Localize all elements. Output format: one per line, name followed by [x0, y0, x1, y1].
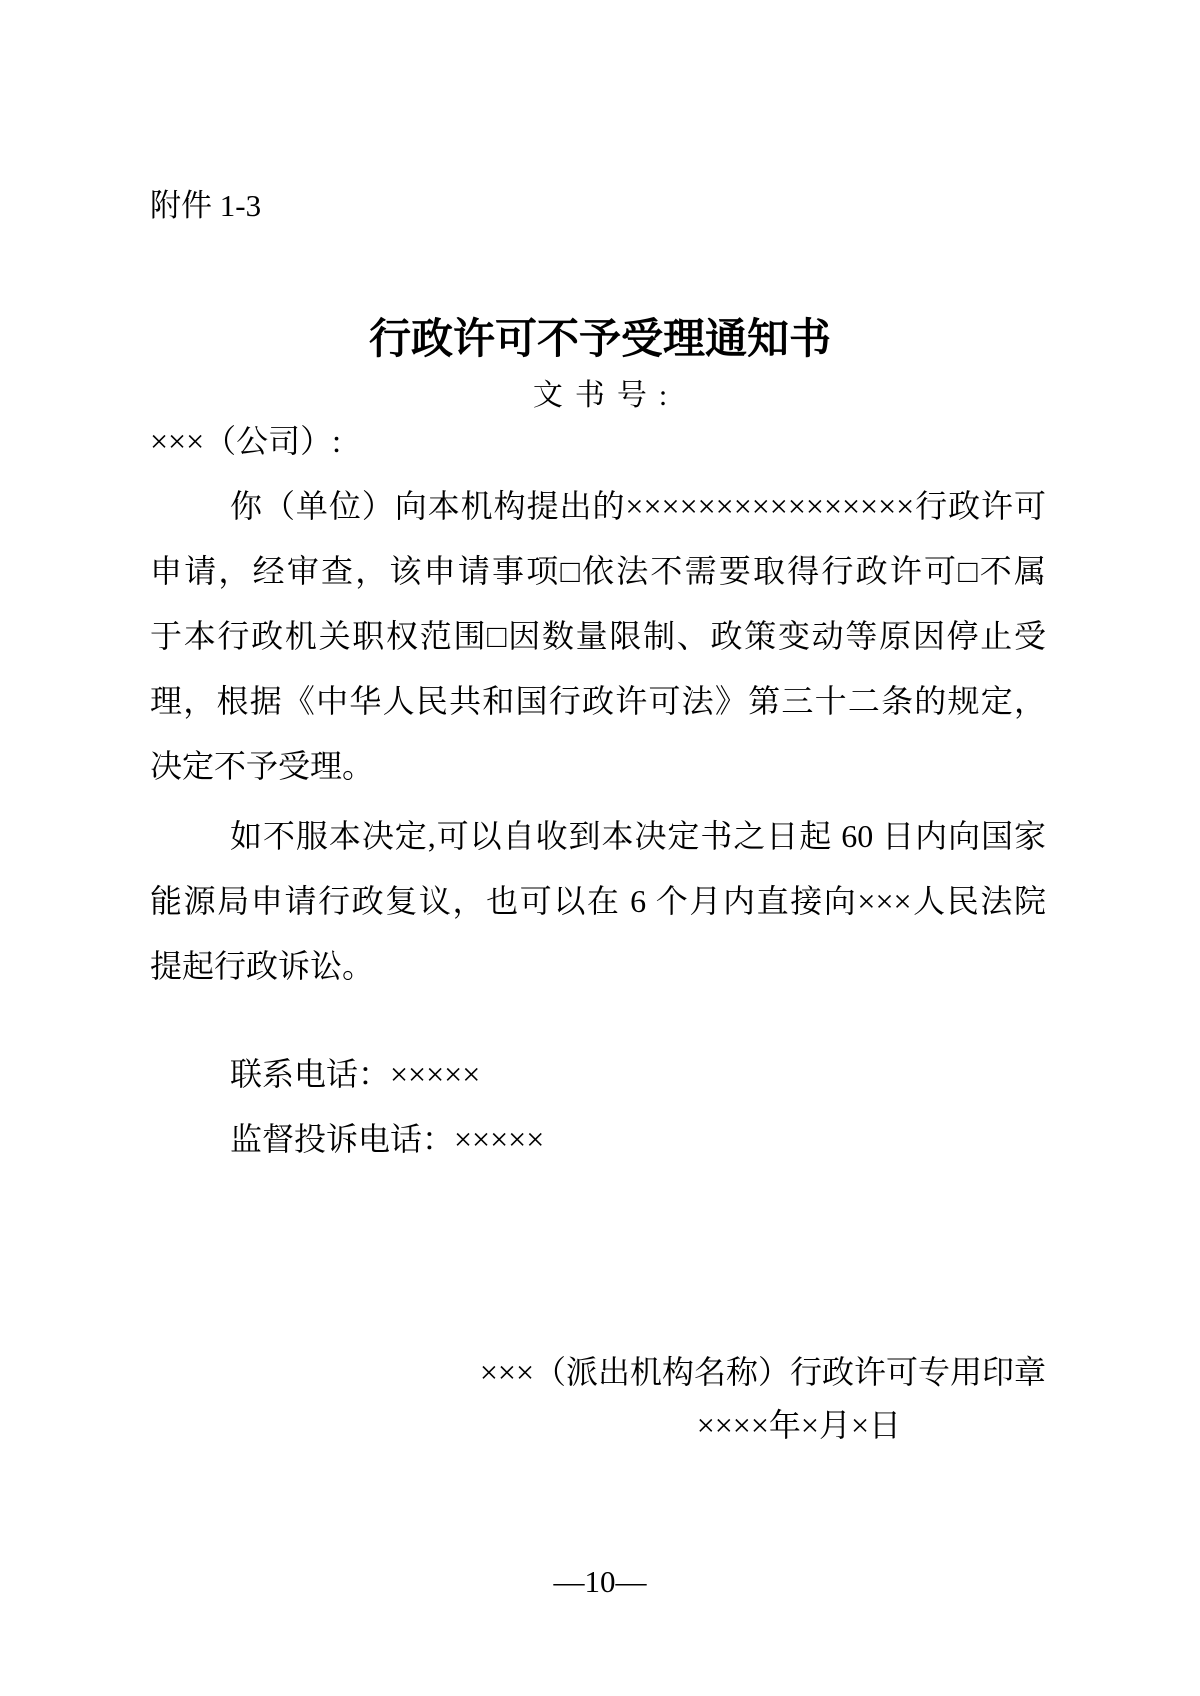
contact-phone-line: 联系电话：×××××	[150, 1042, 1046, 1107]
document-page: 附件 1-3 行政许可不予受理通知书 文书号: ×××（公司）: 你（单位）向本…	[0, 0, 1200, 1696]
contact-block: 联系电话：××××× 监督投诉电话：×××××	[150, 1042, 1046, 1172]
page-number: —10—	[0, 1562, 1200, 1602]
complaint-phone-line: 监督投诉电话：×××××	[150, 1107, 1046, 1172]
body-paragraph-appeal: 如不服本决定,可以自收到本决定书之日起 60 日内向国家 能源局申请行政复议，也…	[150, 804, 1046, 999]
date-line: ××××年×月×日	[150, 1393, 1046, 1458]
attachment-label: 附件 1-3	[150, 186, 261, 226]
recipient-line: ×××（公司）:	[150, 420, 341, 462]
paragraph2-line-2: 能源局申请行政复议，也可以在 6 个月内直接向×××人民法院	[150, 869, 1046, 934]
document-title: 行政许可不予受理通知书	[0, 314, 1200, 366]
paragraph1-line-2: 申请，经审查，该申请事项□依法不需要取得行政许可□不属	[150, 539, 1046, 604]
document-number-label: 文书号:	[0, 376, 1200, 416]
body-paragraph-decision: 你（单位）向本机构提出的××××××××××××××××行政许可 申请，经审查，…	[150, 474, 1046, 799]
paragraph1-line-1: 你（单位）向本机构提出的××××××××××××××××行政许可	[150, 474, 1046, 539]
paragraph2-line-1: 如不服本决定,可以自收到本决定书之日起 60 日内向国家	[150, 804, 1046, 869]
paragraph1-line-4: 理，根据《中华人民共和国行政许可法》第三十二条的规定，	[150, 669, 1046, 734]
paragraph1-line-5: 决定不予受理。	[150, 734, 1046, 799]
paragraph1-line-3: 于本行政机关职权范围□因数量限制、政策变动等原因停止受	[150, 604, 1046, 669]
paragraph2-line-3: 提起行政诉讼。	[150, 934, 1046, 999]
